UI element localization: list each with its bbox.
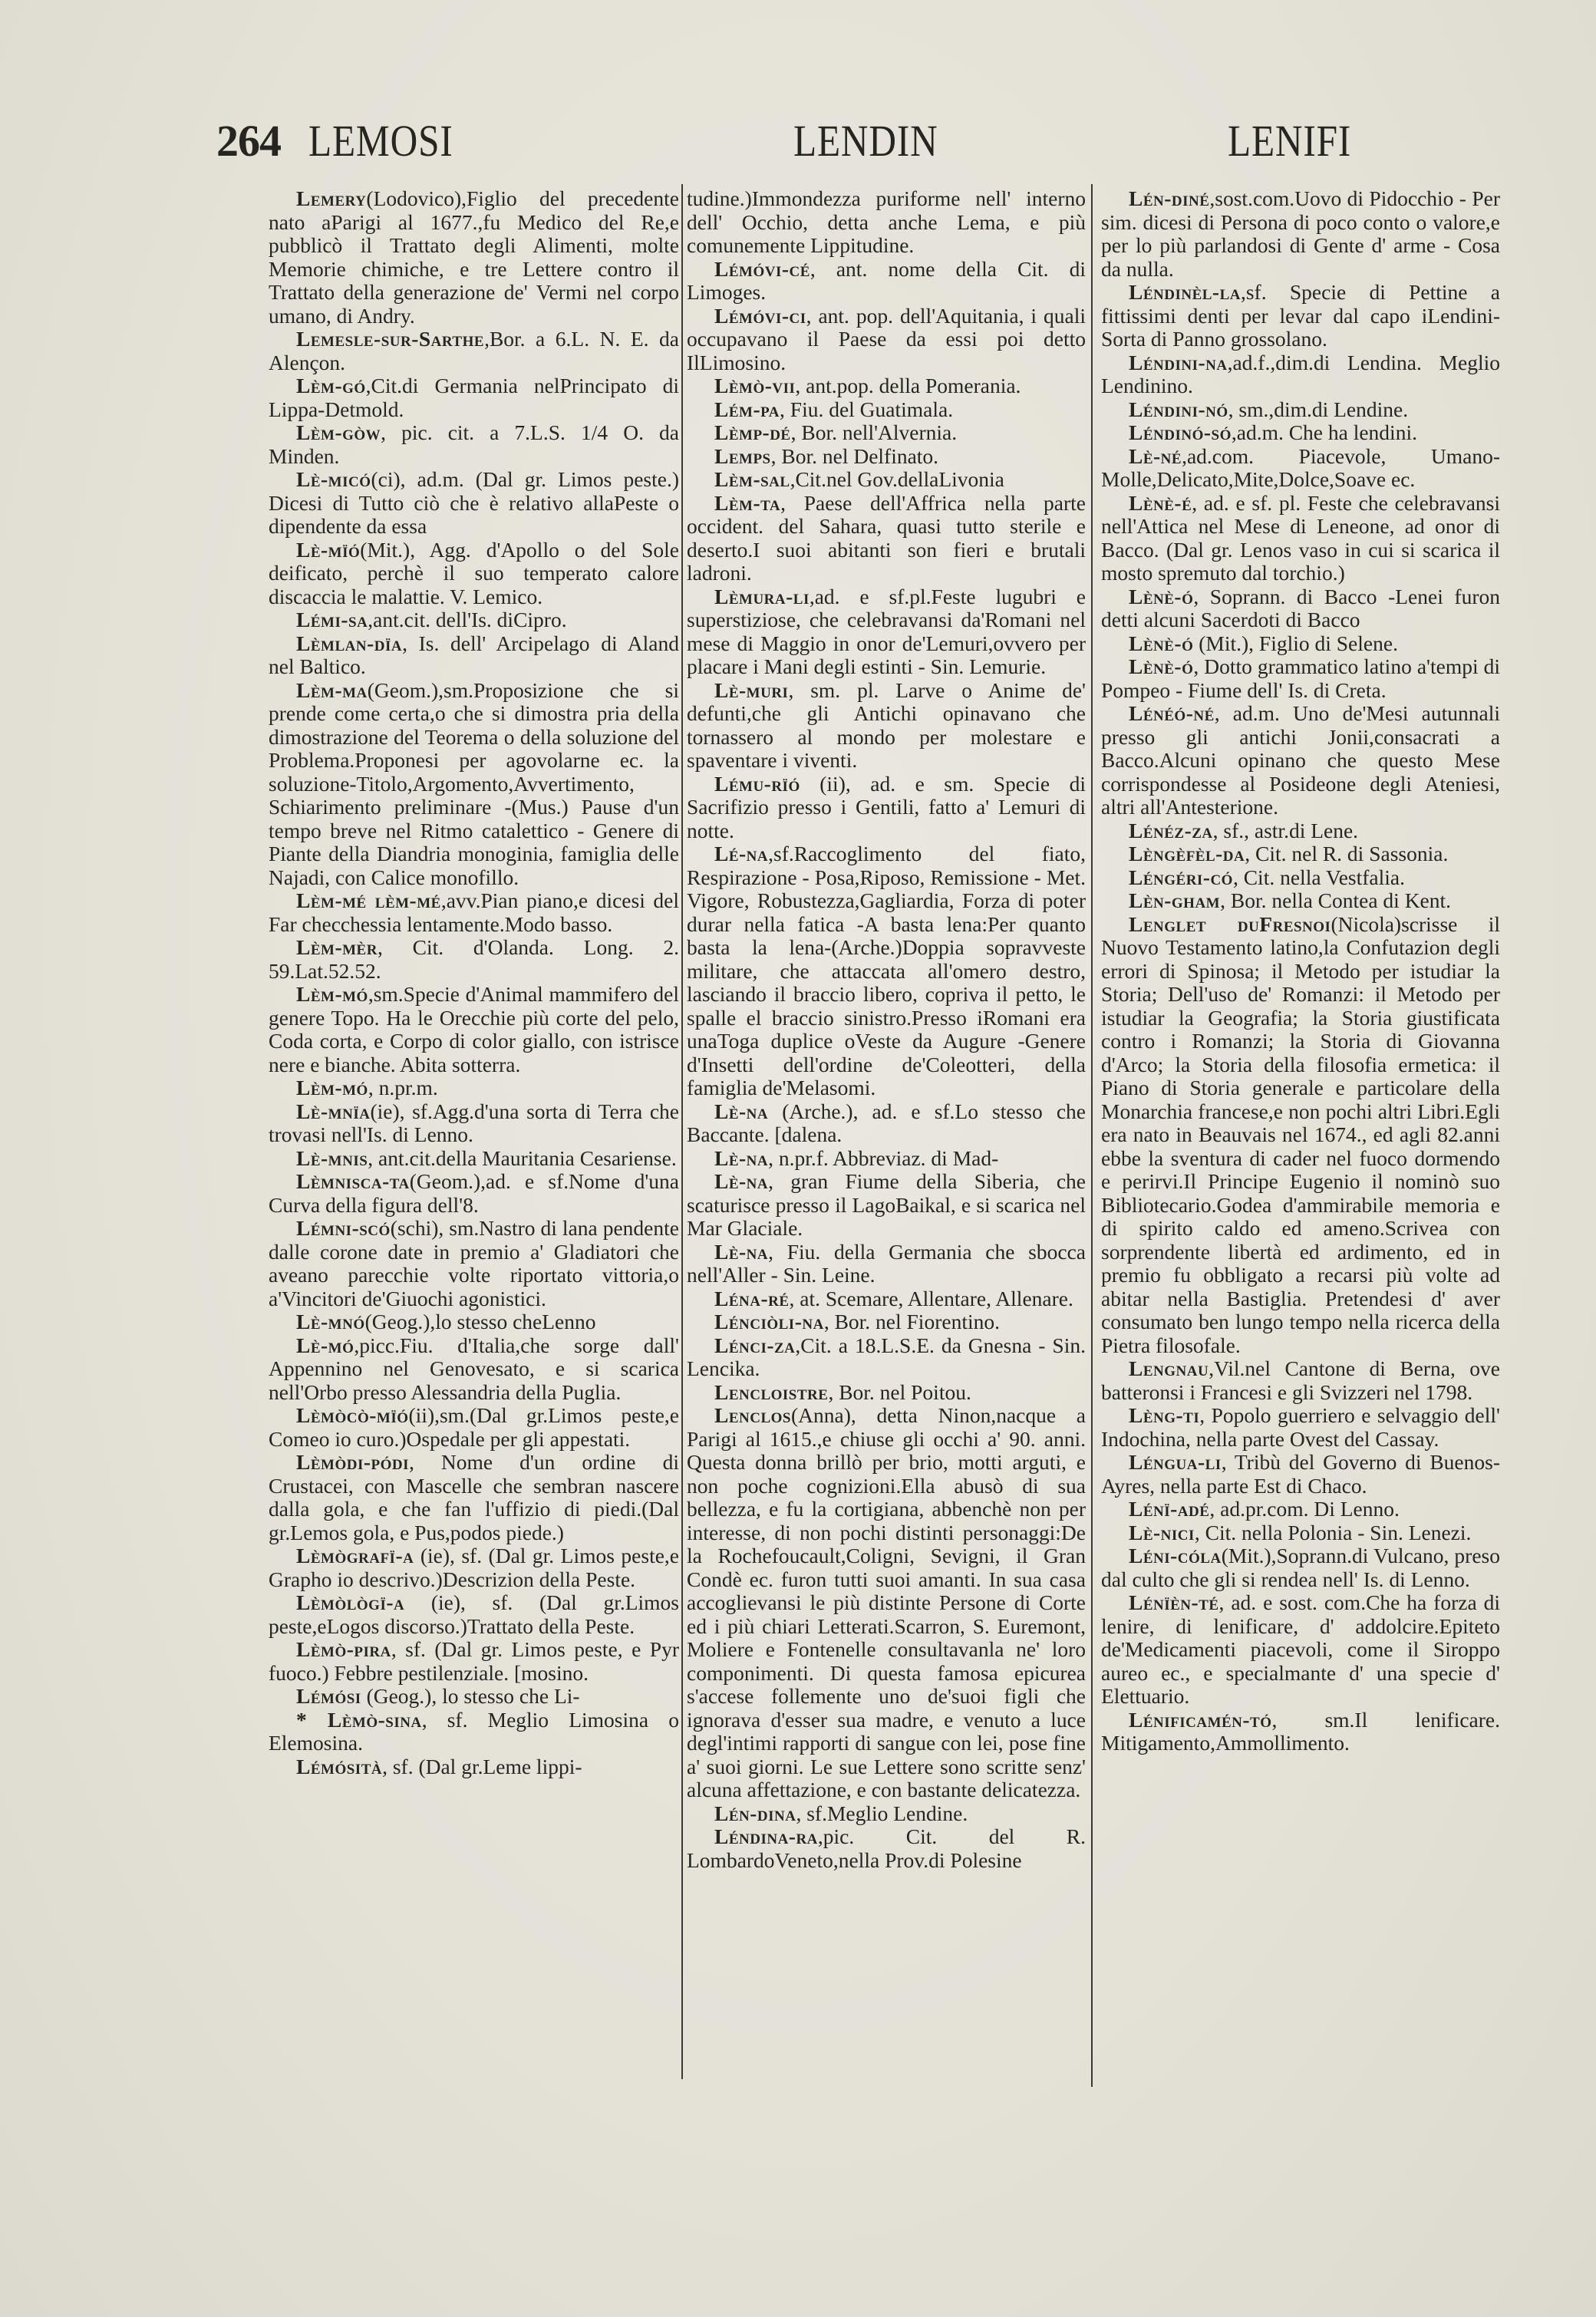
headword: Lè-na xyxy=(714,1146,768,1170)
headword: Lénéó-né xyxy=(1129,701,1215,725)
dictionary-entry: Lencloistre, Bor. nel Poitou. xyxy=(687,1381,1086,1405)
headword: Lénéz-za xyxy=(1129,819,1213,842)
headword: Lèngèfèl-da xyxy=(1129,842,1245,865)
dictionary-entry: Lenglet duFresnoi(Nicola)scrisse il Nuov… xyxy=(1101,913,1500,1358)
dictionary-entry: Léna-ré, at. Scemare, Allentare, Allenar… xyxy=(687,1287,1086,1311)
dictionary-page: 264 LEMOSI LENDIN LENIFI Lemery(Lodovico… xyxy=(0,0,1596,2317)
headword: Lèmura-li xyxy=(714,585,810,608)
column-rule xyxy=(1091,184,1093,2087)
headword: Lèm-ta xyxy=(714,491,780,515)
headword: Lè-na xyxy=(714,1169,768,1193)
dictionary-entry: Lè-micó(ci), ad.m. (Dal gr. Limos peste.… xyxy=(269,468,679,539)
dictionary-entry: Lemery(Lodovico),Figlio del precedente n… xyxy=(269,187,679,328)
dictionary-entry: Lè-na, gran Fiume della Siberia, che sca… xyxy=(687,1170,1086,1241)
definition: ,sf.Raccoglimento del fiato, Respirazion… xyxy=(687,842,1086,1099)
headword: Lénificamén-tó xyxy=(1129,1708,1272,1732)
definition: , Bor. nel Delfinato. xyxy=(771,444,938,468)
definition: , ant.cit.della Mauritania Cesariense. xyxy=(368,1146,676,1170)
headword: Lencloistre xyxy=(714,1380,828,1404)
headword: Lén-diné xyxy=(1129,186,1209,210)
headword: Lèmòdi-pódi xyxy=(296,1450,409,1474)
dictionary-entry: Lèm-gó,Cit.di Germania nelPrincipato di … xyxy=(269,374,679,421)
headword: Lemps xyxy=(714,444,771,468)
headword: Lè-nici xyxy=(1129,1521,1195,1544)
headword: Lènè-é xyxy=(1129,491,1192,515)
definition: , Cit. nel R. di Sassonia. xyxy=(1245,842,1448,865)
dictionary-entry: Lèm-mé lèm-mé,avv.Pian piano,e dicesi de… xyxy=(269,889,679,936)
headword: Léni-cóla xyxy=(1129,1544,1222,1567)
dictionary-entry: Léndina-ra,pic. Cit. del R. LombardoVene… xyxy=(687,1825,1086,1872)
dictionary-entry: Lè-mó,picc.Fiu. d'Italia,che sorge dall'… xyxy=(269,1334,679,1405)
headword: Lémóvi-ci xyxy=(714,304,806,328)
dictionary-entry: Lèm-sal,Cit.nel Gov.dellaLivonia xyxy=(687,468,1086,492)
headword: Lèm-mèr xyxy=(296,935,378,959)
dictionary-entry: Lèm-gòw, pic. cit. a 7.L.S. 1/4 O. da Mi… xyxy=(269,421,679,468)
headword: Lè-na xyxy=(714,1240,768,1264)
headword: Lèmò-pira xyxy=(296,1637,391,1661)
headword: Lénciòli-na xyxy=(714,1310,824,1333)
dictionary-entry: Lènè-ó (Mit.), Figlio di Selene. xyxy=(1101,632,1500,656)
dictionary-entry: Lému-rïó (ii), ad. e sm. Specie di Sacri… xyxy=(687,773,1086,843)
headword: Léndini-nó xyxy=(1129,397,1228,421)
definition: , Cit. nella Polonia - Sin. Lenezi. xyxy=(1195,1521,1472,1544)
headword: Lèmòcò-mïó xyxy=(296,1403,409,1427)
headword: Lèm-mó xyxy=(296,1076,368,1099)
headword: Lému-rïó xyxy=(714,772,800,796)
definition: , Fiu. del Guatimala. xyxy=(780,397,953,421)
definition: (Nicola)scrisse il Nuovo Testamento lati… xyxy=(1101,912,1500,1357)
dictionary-entry: Lèm-mèr, Cit. d'Olanda. Long. 2. 59.Lat.… xyxy=(269,936,679,983)
dictionary-entry: Lémósità, sf. (Dal gr.Leme lippi- xyxy=(269,1755,679,1779)
headword: Lè-na xyxy=(714,1099,768,1123)
dictionary-entry: Lèn-gham, Bor. nella Contea di Kent. xyxy=(1101,889,1500,913)
dictionary-entry: Lèmòcò-mïó(ii),sm.(Dal gr.Limos peste,e … xyxy=(269,1404,679,1451)
definition: ,ad.m. Che ha lendini. xyxy=(1232,420,1417,444)
running-head: 264 LEMOSI LENDIN LENIFI xyxy=(216,115,1383,176)
dictionary-entry: Léndini-nó, sm.,dim.di Lendine. xyxy=(1101,398,1500,422)
definition: (Geom.),sm.Proposizione che si prende co… xyxy=(269,678,679,889)
dictionary-entry: Léni-cóla(Mit.),Soprann.di Vulcano, pres… xyxy=(1101,1544,1500,1591)
headword: Lémósi xyxy=(296,1684,361,1708)
headword: Lènè-ó xyxy=(1129,654,1193,678)
headword: Lénci-za xyxy=(714,1333,795,1357)
definition: , ad.pr.com. Di Lenno. xyxy=(1209,1497,1399,1521)
headword: Lèm-gó xyxy=(296,374,366,397)
definition: , ant.pop. della Pomerania. xyxy=(795,374,1021,397)
headword: Léndini-na xyxy=(1129,351,1228,374)
dictionary-entry: Lénciòli-na, Bor. nel Fiorentino. xyxy=(687,1310,1086,1334)
headword: Lèmp-dé xyxy=(714,420,791,444)
headword: Lémóvi-cé xyxy=(714,257,810,281)
column-right: Lén-diné,sost.com.Uovo di Pidocchio - Pe… xyxy=(1101,187,1500,1755)
dictionary-entry: Lènè-ó, Dotto grammatico latino a'tempi … xyxy=(1101,655,1500,702)
running-head-right: LENIFI xyxy=(1228,115,1351,166)
headword: Lèn-gham xyxy=(1129,888,1220,912)
headword: Lènè-ó xyxy=(1129,585,1193,608)
dictionary-entry: Lè-muri, sm. pl. Larve o Anime de' defun… xyxy=(687,679,1086,773)
dictionary-entry: Lénéó-né, ad.m. Uno de'Mesi autunnali pr… xyxy=(1101,702,1500,819)
dictionary-entry: Lèmòdi-pódi, Nome d'un ordine di Crustac… xyxy=(269,1451,679,1544)
dictionary-entry: Lèmp-dé, Bor. nell'Alvernia. xyxy=(687,421,1086,445)
dictionary-entry: Lènè-ó, Soprann. di Bacco -Lenei furon d… xyxy=(1101,585,1500,632)
definition: , Bor. nella Contea di Kent. xyxy=(1220,888,1451,912)
headword: Lèm-mó xyxy=(296,982,368,1006)
dictionary-entry: Lén-diné,sost.com.Uovo di Pidocchio - Pe… xyxy=(1101,187,1500,281)
dictionary-entry: Lénci-za,Cit. a 18.L.S.E. da Gnesna - Si… xyxy=(687,1334,1086,1381)
dictionary-entry: Léndinó-só,ad.m. Che ha lendini. xyxy=(1101,421,1500,445)
dictionary-entry: Lémni-scó(schi), sm.Nastro di lana pende… xyxy=(269,1217,679,1310)
headword: Lèmòlògï-a xyxy=(296,1590,404,1614)
dictionary-entry: Lénï-adé, ad.pr.com. Di Lenno. xyxy=(1101,1498,1500,1521)
dictionary-entry: Lè-na, n.pr.f. Abbreviaz. di Mad- xyxy=(687,1147,1086,1171)
definition: , sf., astr.di Lene. xyxy=(1213,819,1358,842)
definition: , at. Scemare, Allentare, Allenare. xyxy=(790,1287,1073,1310)
dictionary-entry: Lè-na (Arche.), ad. e sf.Lo stesso che B… xyxy=(687,1100,1086,1147)
dictionary-entry: Lèm-mó,sm.Specie d'Animal mammifero del … xyxy=(269,983,679,1076)
dictionary-entry: Lènè-é, ad. e sf. pl. Feste che celebrav… xyxy=(1101,492,1500,585)
headword: Lè-mïó xyxy=(296,538,360,562)
dictionary-entry: Lè-nici, Cit. nella Polonia - Sin. Lenez… xyxy=(1101,1521,1500,1545)
dictionary-entry: Lè-né,ad.com. Piacevole, Umano-Molle,Del… xyxy=(1101,445,1500,492)
dictionary-entry: Lèmò-pira, sf. (Dal gr. Limos peste, e P… xyxy=(269,1638,679,1685)
definition: tudine.)Immondezza puriforme nell' inter… xyxy=(687,186,1086,257)
headword: Lé-na xyxy=(714,842,768,865)
headword: Lémósità xyxy=(296,1755,382,1778)
dictionary-entry: Lémi-sa,ant.cit. dell'Is. diCipro. xyxy=(269,608,679,632)
definition: (Anna), detta Ninon,nacque a Parigi al 1… xyxy=(687,1403,1086,1801)
dictionary-entry: Lemps, Bor. nel Delfinato. xyxy=(687,445,1086,469)
headword: Lèmò-vii xyxy=(714,374,795,397)
definition: ,ant.cit. dell'Is. diCipro. xyxy=(368,608,566,631)
running-head-center: LENDIN xyxy=(793,115,938,166)
headword: Lè-mó xyxy=(296,1333,354,1357)
headword: Lèm-sal xyxy=(714,467,790,491)
dictionary-entry: Léndinèl-la,sf. Specie di Pettine a fitt… xyxy=(1101,281,1500,351)
column-middle: tudine.)Immondezza puriforme nell' inter… xyxy=(687,187,1086,1872)
running-head-left: LEMOSI xyxy=(308,115,453,166)
headword: Lèng-ti xyxy=(1129,1403,1199,1427)
dictionary-entry: Lénéz-za, sf., astr.di Lene. xyxy=(1101,819,1500,843)
headword: Lemesle-sur-Sarthe xyxy=(296,327,484,351)
column-left: Lemery(Lodovico),Figlio del precedente n… xyxy=(269,187,679,1778)
definition: , sm.,dim.di Lendine. xyxy=(1228,397,1409,421)
dictionary-entry: Lèm-mó, n.pr.m. xyxy=(269,1076,679,1100)
headword: Lemery xyxy=(296,186,366,210)
dictionary-entry: Lè-mnó(Geog.),lo stesso cheLenno xyxy=(269,1310,679,1334)
dictionary-entry: Lèmògrafï-a (ie), sf. (Dal gr. Limos pes… xyxy=(269,1544,679,1591)
headword: Lém-pa xyxy=(714,397,780,421)
dictionary-entry: Lémóvi-cé, ant. nome della Cit. di Limog… xyxy=(687,258,1086,305)
definition: , n.pr.m. xyxy=(368,1076,438,1099)
headword: Lè-né xyxy=(1129,444,1182,468)
dictionary-entry: Lèm-ta, Paese dell'Affrica nella parte o… xyxy=(687,492,1086,585)
definition: , Bor. nell'Alvernia. xyxy=(791,420,958,444)
dictionary-entry: Lemesle-sur-Sarthe,Bor. a 6.L. N. E. da … xyxy=(269,328,679,374)
headword: Lè-mnis xyxy=(296,1146,368,1170)
headword: Lè-muri xyxy=(714,678,788,702)
headword: Léndinó-só xyxy=(1129,420,1232,444)
headword: Lénïèn-té xyxy=(1129,1590,1219,1614)
headword: * Lèmò-sina xyxy=(296,1708,422,1732)
definition: , Bor. nel Fiorentino. xyxy=(824,1310,1000,1333)
dictionary-entry: Lèmura-li,ad. e sf.pl.Feste lugubri e su… xyxy=(687,585,1086,679)
definition: , Cit. nella Vestfalia. xyxy=(1233,865,1405,889)
headword: Lè-mnïa xyxy=(296,1099,370,1123)
page-number: 264 xyxy=(216,115,281,166)
dictionary-entry: Lèmò-vii, ant.pop. della Pomerania. xyxy=(687,374,1086,398)
headword: Léngéri-có xyxy=(1129,865,1233,889)
headword: Lenclos xyxy=(714,1403,791,1427)
dictionary-entry: Léndini-na,ad.f.,dim.di Lendina. Meglio … xyxy=(1101,351,1500,398)
headword: Léndinèl-la xyxy=(1129,280,1241,304)
headword: Lèm-mé lèm-mé xyxy=(296,888,441,912)
definition: (Geog.),lo stesso cheLenno xyxy=(365,1310,596,1333)
dictionary-entry: Lémósi (Geog.), lo stesso che Li- xyxy=(269,1685,679,1709)
definition: (Geog.), lo stesso che Li- xyxy=(361,1684,580,1708)
definition: , sf. (Dal gr.Leme lippi- xyxy=(382,1755,582,1778)
column-rule xyxy=(681,184,683,2079)
dictionary-entry: Lémóvi-ci, ant. pop. dell'Aquitania, i q… xyxy=(687,305,1086,375)
headword: Lémni-scó xyxy=(296,1216,391,1240)
definition: , Bor. nel Poitou. xyxy=(828,1380,971,1404)
dictionary-entry: Lénificamén-tó, sm.Il lenificare. Mitiga… xyxy=(1101,1709,1500,1755)
dictionary-entry: Lenclos(Anna), detta Ninon,nacque a Pari… xyxy=(687,1404,1086,1802)
dictionary-entry: Lè-mnis, ant.cit.della Mauritania Cesari… xyxy=(269,1147,679,1171)
definition: , n.pr.f. Abbreviaz. di Mad- xyxy=(768,1146,998,1170)
headword: Lè-micó xyxy=(296,467,371,491)
headword: Lènè-ó xyxy=(1129,631,1193,655)
headword: Lè-mnó xyxy=(296,1310,365,1333)
dictionary-entry: Lèmnisca-ta(Geom.),ad. e sf.Nome d'una C… xyxy=(269,1170,679,1217)
dictionary-entry: Lèmlan-dïa, Is. dell' Arcipelago di Alan… xyxy=(269,632,679,679)
headword: Lémi-sa xyxy=(296,608,368,631)
headword: Lèmnisca-ta xyxy=(296,1169,410,1193)
headword: Léndina-ra xyxy=(714,1824,818,1848)
dictionary-entry: Lèm-ma(Geom.),sm.Proposizione che si pre… xyxy=(269,679,679,890)
definition: , sf.Meglio Lendine. xyxy=(796,1801,968,1825)
dictionary-entry: Léngéri-có, Cit. nella Vestfalia. xyxy=(1101,866,1500,890)
dictionary-entry: Lè-mnïa(ie), sf.Agg.d'una sorta di Terra… xyxy=(269,1100,679,1147)
headword: Lengnau xyxy=(1129,1356,1209,1380)
dictionary-entry: Lé-na,sf.Raccoglimento del fiato, Respir… xyxy=(687,842,1086,1100)
dictionary-entry: Lengnau,Vil.nel Cantone di Berna, ove ba… xyxy=(1101,1357,1500,1404)
dictionary-entry: tudine.)Immondezza puriforme nell' inter… xyxy=(687,187,1086,258)
dictionary-entry: Lém-pa, Fiu. del Guatimala. xyxy=(687,398,1086,422)
dictionary-entry: Lénïèn-té, ad. e sost. com.Che ha forza … xyxy=(1101,1591,1500,1709)
headword: Lèmlan-dïa xyxy=(296,631,402,655)
dictionary-entry: Lè-na, Fiu. della Germania che sbocca ne… xyxy=(687,1241,1086,1287)
headword: Lénï-adé xyxy=(1129,1497,1209,1521)
dictionary-entry: Lèmòlògï-a (ie), sf. (Dal gr.Limos peste… xyxy=(269,1591,679,1638)
headword: Lèm-ma xyxy=(296,678,368,702)
headword: Lén-dina xyxy=(714,1801,796,1825)
dictionary-entry: * Lèmò-sina, sf. Meglio Limosina o Elemo… xyxy=(269,1709,679,1755)
headword: Lèmògrafï-a xyxy=(296,1544,414,1567)
headword: Léna-ré xyxy=(714,1287,790,1310)
definition: ,Cit.nel Gov.dellaLivonia xyxy=(790,467,1004,491)
headword: Lèm-gòw xyxy=(296,420,381,444)
dictionary-entry: Lén-dina, sf.Meglio Lendine. xyxy=(687,1802,1086,1826)
dictionary-entry: Lè-mïó(Mit.), Agg. d'Apollo o del Sole d… xyxy=(269,539,679,609)
dictionary-entry: Lèng-ti, Popolo guerriero e selvaggio de… xyxy=(1101,1404,1500,1451)
dictionary-entry: Lèngèfèl-da, Cit. nel R. di Sassonia. xyxy=(1101,842,1500,866)
headword: Léngua-li xyxy=(1129,1450,1222,1474)
definition: (Mit.), Figlio di Selene. xyxy=(1193,631,1398,655)
headword: Lenglet duFresnoi xyxy=(1129,912,1331,936)
dictionary-entry: Léngua-li, Tribù del Governo di Buenos-A… xyxy=(1101,1451,1500,1498)
